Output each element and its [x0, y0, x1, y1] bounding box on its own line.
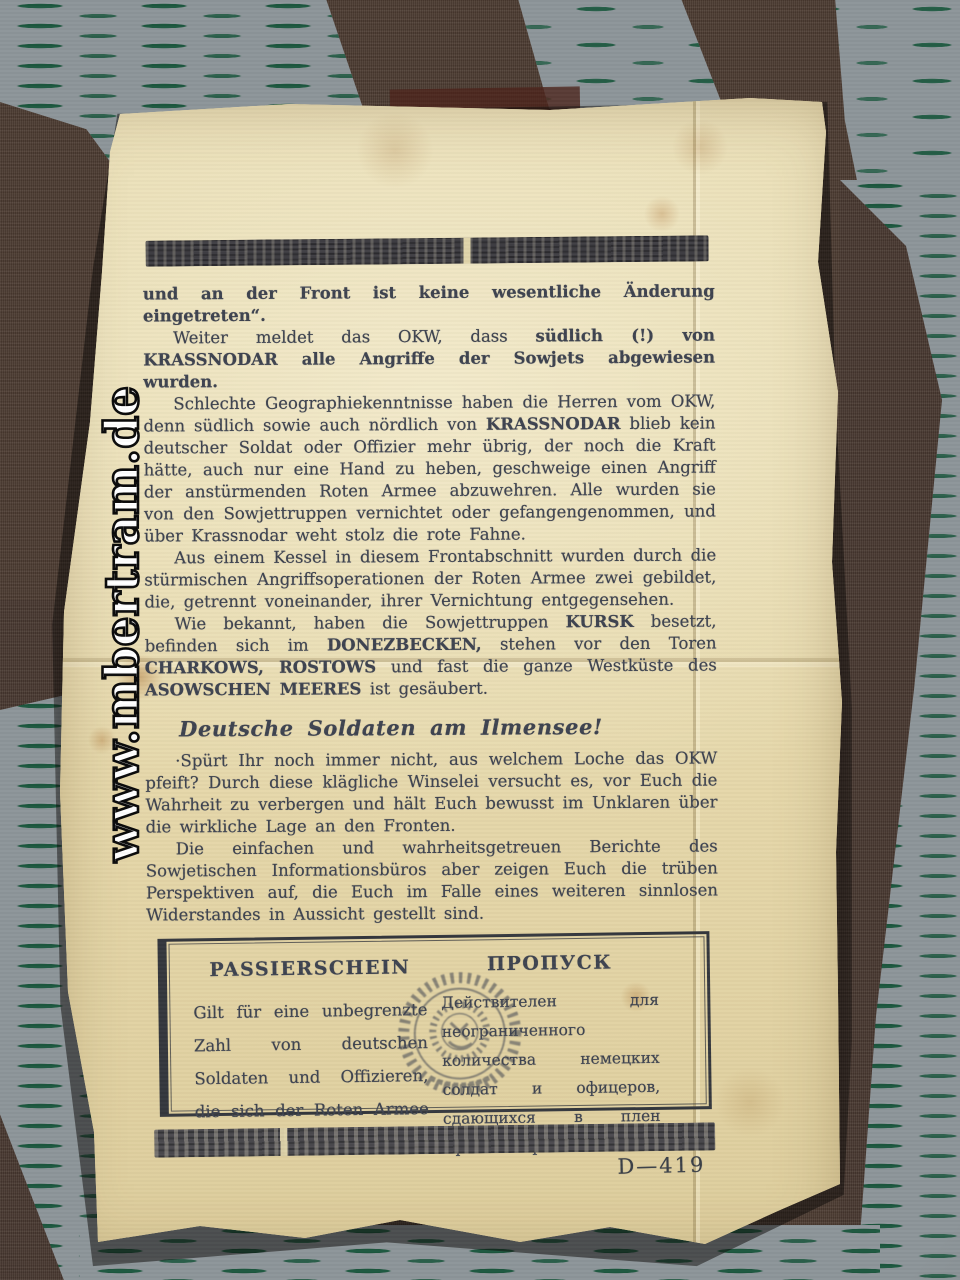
headline-ilmensee: Deutsche Soldaten am Ilmensee! [179, 715, 717, 742]
paragraph-okw-claim: Weiter meldet das OKW, dass südlich (!) … [143, 325, 715, 394]
leaflet-paper: und an der Front ist keine wesentliche Ä… [50, 92, 850, 1268]
watermark-text: www.mbertram.de [95, 386, 150, 862]
paragraph-sowinformbuero: Die einfachen und wahrheitsgetreuen Beri… [146, 836, 718, 927]
pass-russian-title: ПРОПУСК [441, 948, 659, 980]
paragraph-kursk: Wie bekannt, haben die Sowjettruppen KUR… [144, 611, 716, 702]
watermark: www.mbertram.de [76, 383, 168, 865]
paragraph-spuert-ihr: ·Spürt Ihr noch immer nicht, aus welchem… [145, 748, 717, 839]
leaflet-printed-content: und an der Front ist keine wesentliche Ä… [143, 237, 720, 1184]
paragraph-kessel: Aus einem Kessel in diesem Frontabschnit… [144, 545, 716, 614]
paragraph-front-report: und an der Front ist keine wesentliche Ä… [143, 281, 715, 328]
pass-russian-column: ПРОПУСК Действителен для неограниченного… [436, 935, 676, 1110]
pass-german-title: PASSIERSCHEIN [193, 951, 427, 987]
redaction-bar-top [145, 235, 708, 266]
photo-scene: und an der Front ist keine wesentliche Ä… [0, 0, 960, 1280]
safe-conduct-pass-box: PASSIERSCHEIN Gilt für eine unbegrenzte … [157, 931, 711, 1117]
pass-german-column: PASSIERSCHEIN Gilt für eine unbegrenzte … [166, 938, 438, 1114]
paragraph-geography: Schlechte Geographiekenntnisse haben die… [143, 391, 716, 548]
